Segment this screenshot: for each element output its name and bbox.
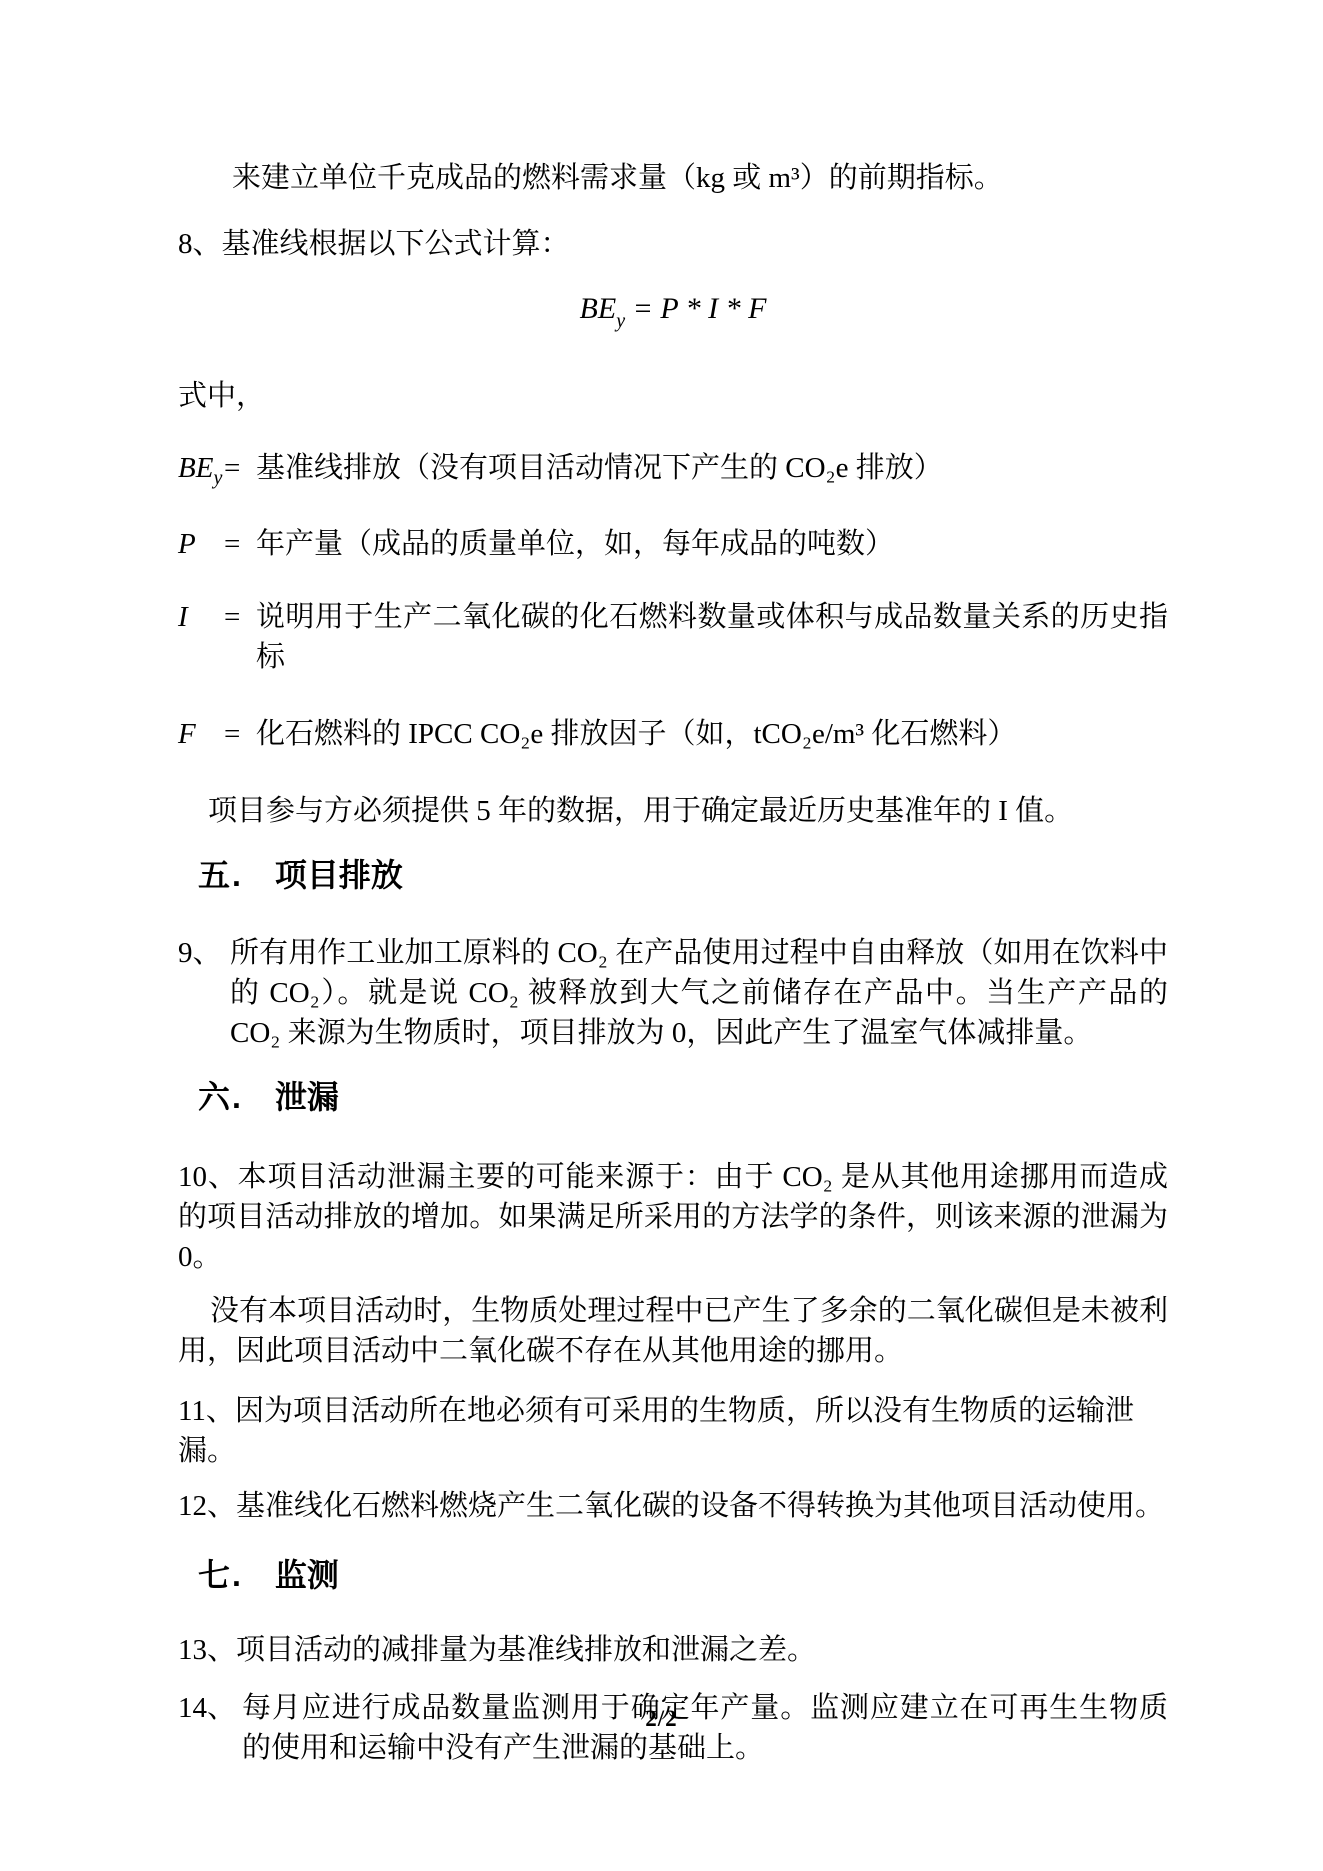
- item-number: 9、: [178, 933, 222, 973]
- leakage-paragraph: 没有本项目活动时，生物质处理过程中已产生了多余的二氧化碳但是未被利用，因此项目活…: [178, 1291, 1168, 1371]
- definition-row-f: F = 化石燃料的 IPCC CO₂e 排放因子（如，tCO₂e/m³ 化石燃料…: [178, 714, 1168, 754]
- section-number: 七.: [198, 1557, 243, 1593]
- item-text: 所有用作工业加工原料的 CO₂ 在产品使用过程中自由释放（如用在饮料中的 CO₂…: [230, 937, 1168, 1049]
- section-title: 监测: [275, 1557, 339, 1593]
- item-text: 基准线化石燃料燃烧产生二氧化碳的设备不得转换为其他项目活动使用。: [236, 1490, 1164, 1522]
- list-item-11: 11、因为项目活动所在地必须有可采用的生物质，所以没有生物质的运输泄漏。: [178, 1391, 1168, 1471]
- definition-equals: =: [224, 597, 256, 637]
- item-number: 13、: [178, 1634, 236, 1666]
- section-heading-monitoring: 七.监测: [178, 1553, 1168, 1597]
- section-title: 泄漏: [275, 1079, 339, 1115]
- definition-text: 说明用于生产二氧化碳的化石燃料数量或体积与成品数量关系的历史指标: [256, 597, 1168, 677]
- symbol-base: I: [178, 601, 188, 633]
- symbol-base: P: [178, 528, 196, 560]
- section-number: 五.: [198, 857, 243, 893]
- formula-rhs: = P * I * F: [625, 292, 766, 325]
- item-text: 因为项目活动所在地必须有可采用的生物质，所以没有生物质的运输泄漏。: [178, 1395, 1134, 1467]
- intro-paragraph: 来建立单位千克成品的燃料需求量（kg 或 m³）的前期指标。: [178, 158, 1168, 198]
- definition-row-i: I = 说明用于生产二氧化碳的化石燃料数量或体积与成品数量关系的历史指标: [178, 597, 1168, 677]
- definition-text: 基准线排放（没有项目活动情况下产生的 CO₂e 排放）: [256, 448, 1168, 488]
- item-number: 11、: [178, 1395, 235, 1427]
- list-item-13: 13、项目活动的减排量为基准线排放和泄漏之差。: [178, 1630, 1168, 1670]
- list-item-9: 9、所有用作工业加工原料的 CO₂ 在产品使用过程中自由释放（如用在饮料中的 C…: [178, 933, 1168, 1053]
- baseline-formula: BEy = P * I * F: [178, 288, 1168, 336]
- definition-text: 年产量（成品的质量单位，如，每年成品的吨数）: [256, 524, 1168, 564]
- item-text: 本项目活动泄漏主要的可能来源于：由于 CO₂ 是从其他用途挪用而造成的项目活动排…: [178, 1161, 1168, 1273]
- symbol-base: F: [178, 718, 196, 750]
- where-label: 式中，: [178, 376, 1168, 416]
- section-number: 六.: [198, 1079, 243, 1115]
- definition-equals: =: [224, 448, 256, 488]
- list-item-8: 8、基准线根据以下公式计算：: [178, 224, 1168, 264]
- symbol-subscript: y: [213, 467, 222, 489]
- formula-subscript: y: [616, 310, 625, 332]
- page-number: 2/2: [0, 1703, 1323, 1735]
- data-requirement-note: 项目参与方必须提供 5 年的数据，用于确定最近历史基准年的 I 值。: [178, 791, 1168, 831]
- section-heading-leakage: 六.泄漏: [178, 1075, 1168, 1119]
- definition-symbol: I: [178, 597, 224, 637]
- section-title: 项目排放: [275, 857, 403, 893]
- item-number: 10、: [178, 1161, 238, 1193]
- page-content: 来建立单位千克成品的燃料需求量（kg 或 m³）的前期指标。 8、基准线根据以下…: [178, 158, 1168, 1768]
- item-number: 8、: [178, 228, 222, 260]
- definition-symbol: BEy: [178, 448, 224, 493]
- definition-equals: =: [224, 524, 256, 564]
- list-item-10: 10、本项目活动泄漏主要的可能来源于：由于 CO₂ 是从其他用途挪用而造成的项目…: [178, 1157, 1168, 1277]
- document-page: 来建立单位千克成品的燃料需求量（kg 或 m³）的前期指标。 8、基准线根据以下…: [0, 0, 1323, 1871]
- definition-list: BEy = 基准线排放（没有项目活动情况下产生的 CO₂e 排放） P = 年产…: [178, 448, 1168, 755]
- item-text: 项目活动的减排量为基准线排放和泄漏之差。: [236, 1634, 816, 1666]
- symbol-base: BE: [178, 452, 213, 484]
- definition-row-bey: BEy = 基准线排放（没有项目活动情况下产生的 CO₂e 排放）: [178, 448, 1168, 493]
- definition-symbol: P: [178, 524, 224, 564]
- definition-equals: =: [224, 714, 256, 754]
- definition-text: 化石燃料的 IPCC CO₂e 排放因子（如，tCO₂e/m³ 化石燃料）: [256, 714, 1168, 754]
- formula-lhs: BE: [580, 292, 617, 325]
- section-heading-project-emissions: 五.项目排放: [178, 853, 1168, 897]
- list-item-12: 12、基准线化石燃料燃烧产生二氧化碳的设备不得转换为其他项目活动使用。: [178, 1486, 1168, 1526]
- item-text: 基准线根据以下公式计算：: [222, 228, 570, 260]
- definition-symbol: F: [178, 714, 224, 754]
- item-number: 12、: [178, 1490, 236, 1522]
- definition-row-p: P = 年产量（成品的质量单位，如，每年成品的吨数）: [178, 524, 1168, 564]
